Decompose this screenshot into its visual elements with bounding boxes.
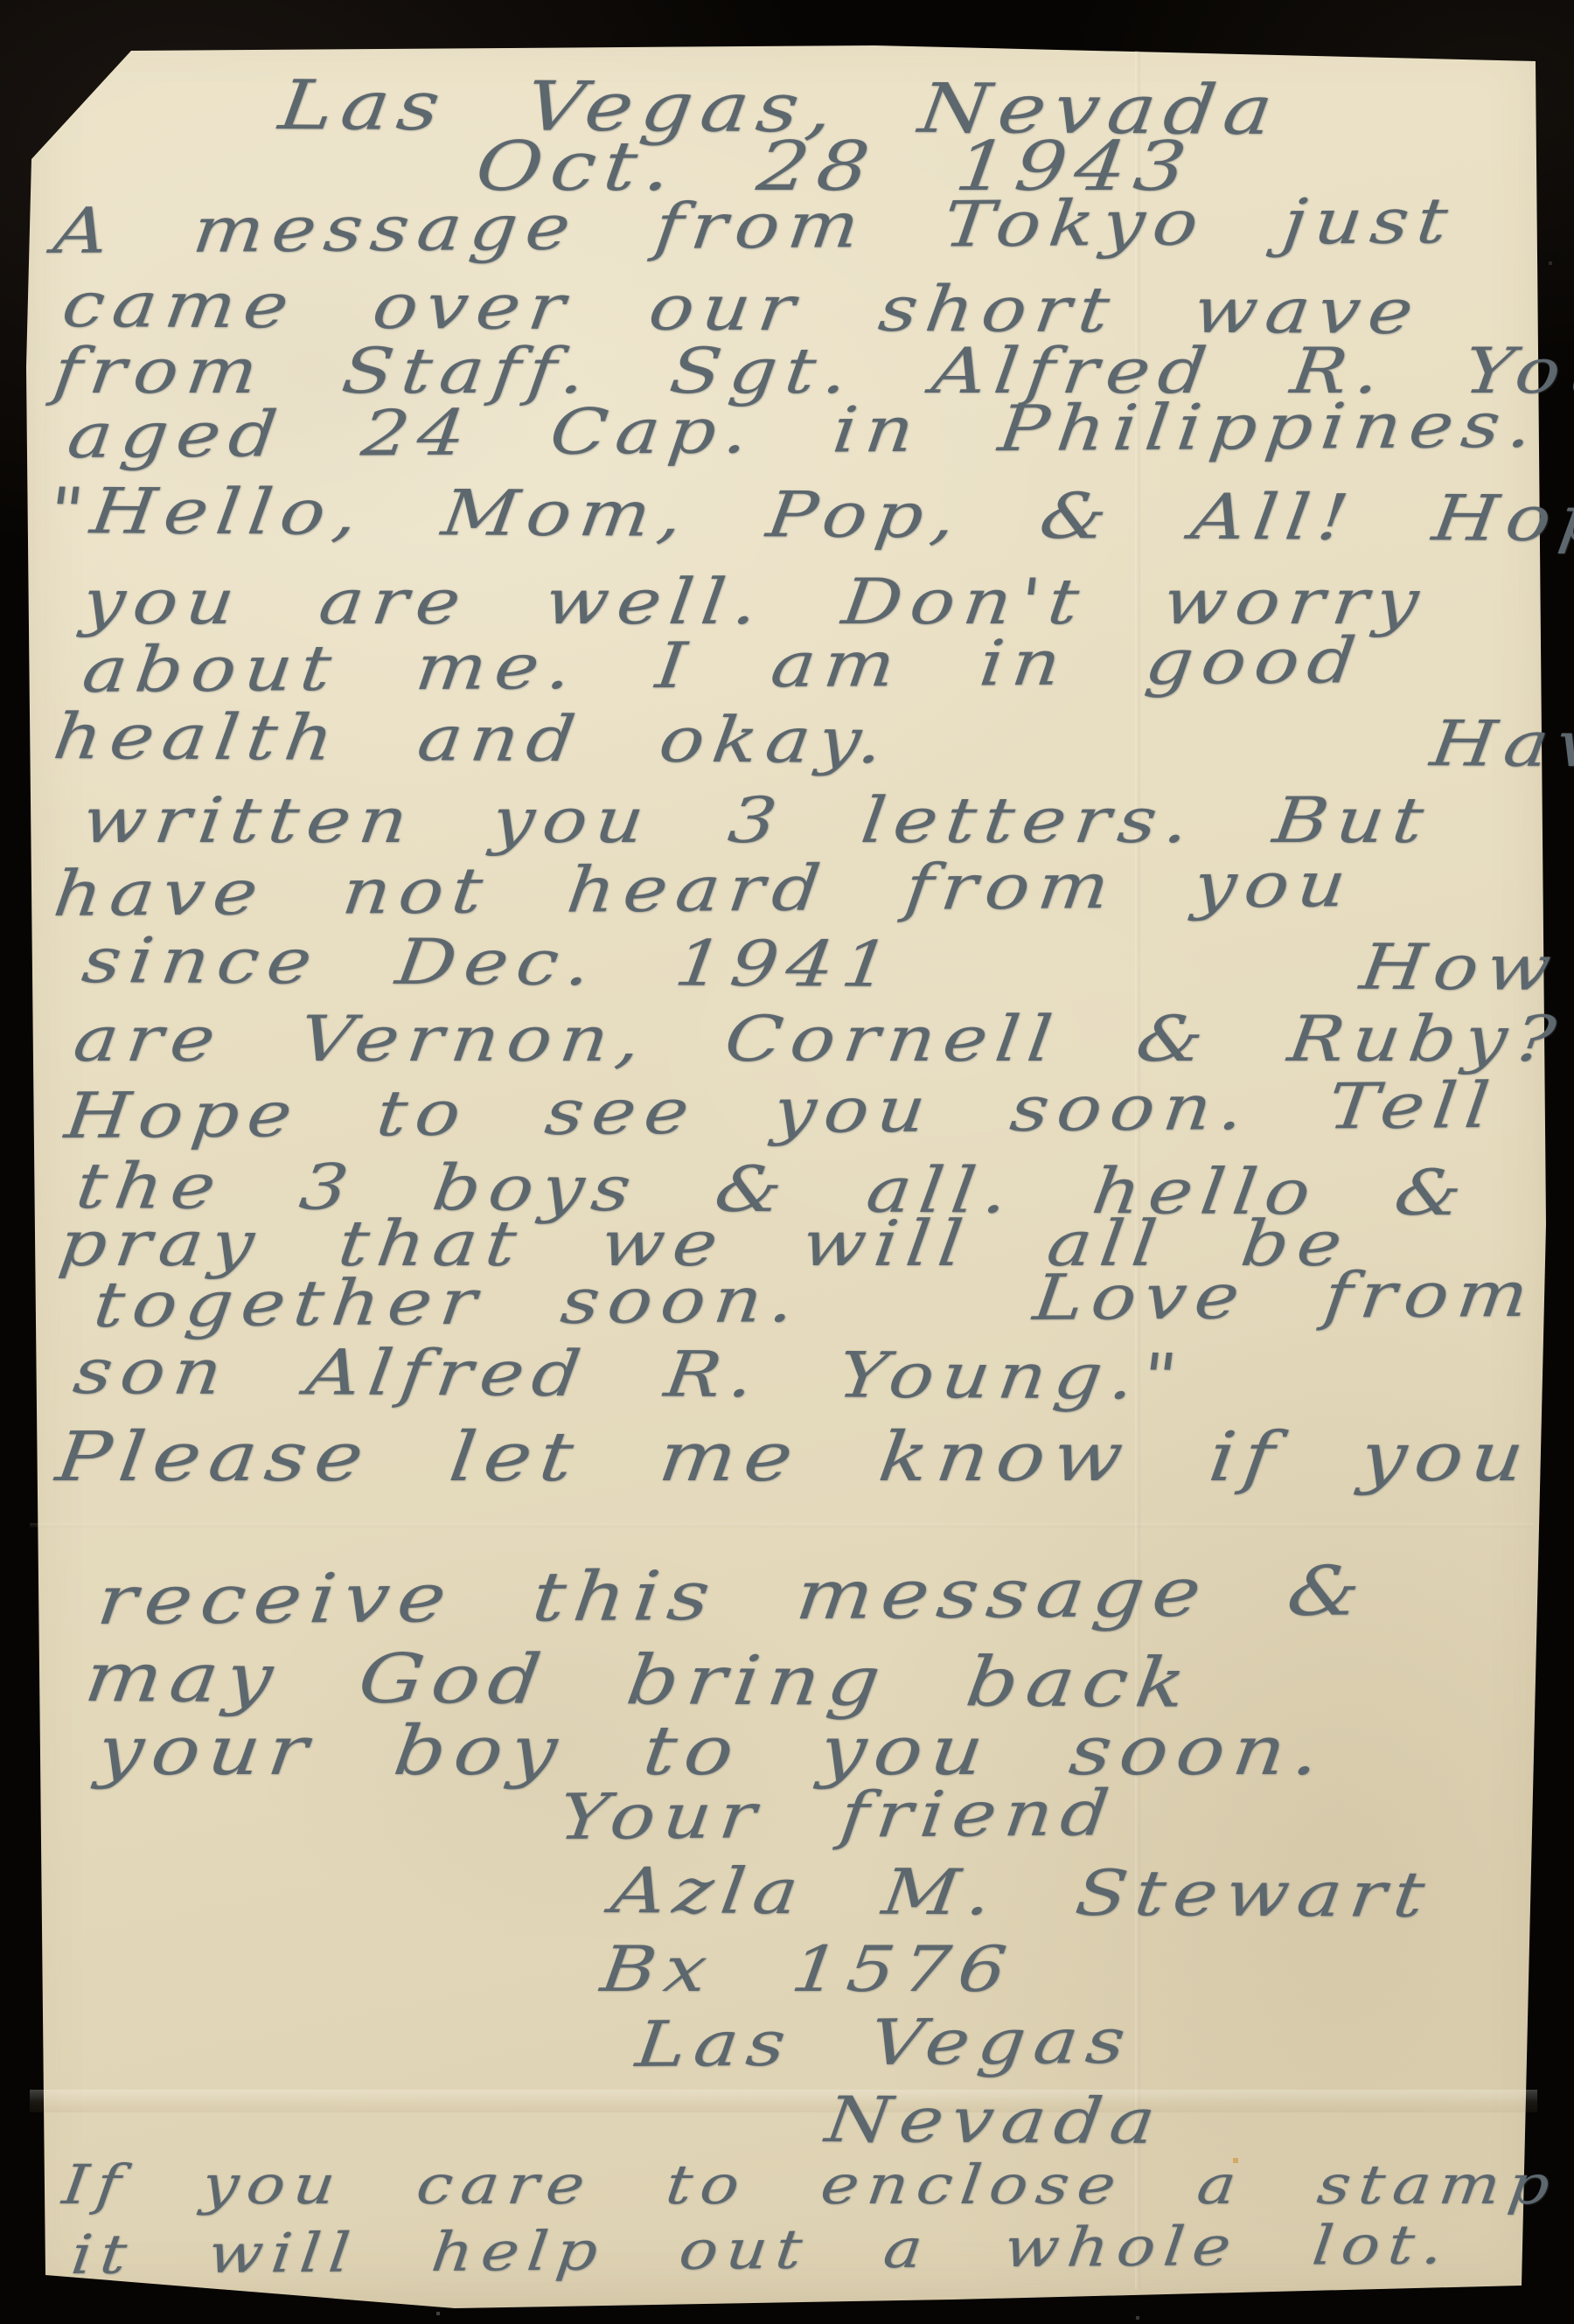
signature-city: Las Vegas [633,2009,1137,2076]
postscript-line: it will help out a whole lot. [68,2217,1453,2282]
body-line: written you 3 letters. But [80,789,1435,852]
body-line: have not heard from you [51,852,1357,925]
dust-specks [0,0,2,2]
body-line: you are well. Don't worry [80,570,1431,633]
body-line: Hope to see you soon. Tell [62,1074,1501,1147]
body-line: health and okay. Have [50,705,1574,776]
closing-line: Your friend [556,1781,1120,1848]
body-line: Please let me know if you [52,1423,1536,1492]
body-line: "Hello, Mom, Pop, & All! Hope [45,479,1574,551]
signature-box-number: Bx 1576 [598,1938,1019,2000]
body-line: son Alfred R. Young." [70,1339,1188,1409]
body-line: are Vernon, Cornell & Ruby? [71,1007,1567,1070]
scanned-letter-canvas: Las Vegas, Nevada Oct. 28 1943 A message… [0,0,1574,2324]
body-line: since Dec. 1941 How [79,929,1563,999]
body-line: A message from Tokyo just [51,189,1459,262]
body-line: aged 24 Cap. in Philippines. [65,393,1543,467]
body-line: about me. I am in good [80,629,1367,701]
body-line: receive this message & [94,1557,1372,1635]
postscript-line: If you care to enclose a stamp [59,2158,1561,2212]
body-line: together soon. Love from your [91,1260,1574,1336]
body-line: came over our short wave [59,273,1424,343]
body-line: your boy to you soon. [94,1717,1331,1785]
signature-state: Nevada [822,2088,1167,2153]
body-line: may God bring back [81,1644,1198,1718]
signature-name: Azla M. Stewart [608,1859,1436,1926]
